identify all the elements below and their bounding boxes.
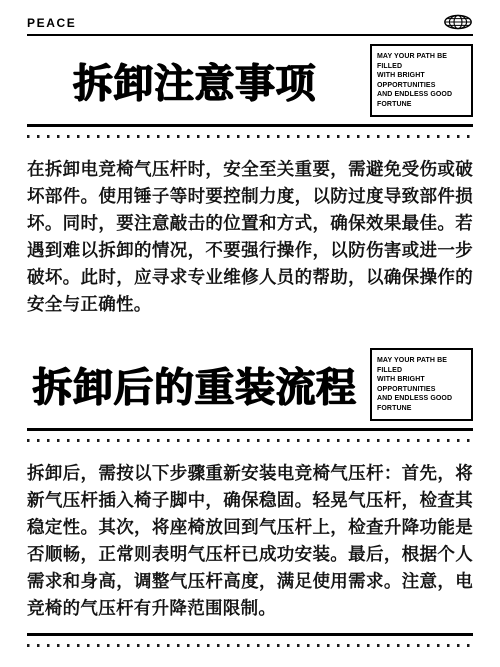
footer-dotted-divider — [27, 644, 473, 647]
section-2-title-row: 拆卸后的重装流程 MAY YOUR PATH BE FILLED WITH BR… — [27, 348, 473, 421]
motto-line: AND ENDLESS GOOD FORTUNE — [377, 90, 466, 109]
section-1-motto-box: MAY YOUR PATH BE FILLED WITH BRIGHT OPPO… — [370, 44, 473, 117]
motto-line: MAY YOUR PATH BE FILLED — [377, 356, 466, 375]
footer-divider-group — [27, 626, 473, 647]
motto-line: WITH BRIGHT OPPORTUNITIES — [377, 375, 466, 394]
section-2-title: 拆卸后的重装流程 — [27, 356, 362, 413]
motto-line: WITH BRIGHT OPPORTUNITIES — [377, 71, 466, 90]
page-header: PEACE — [27, 14, 473, 36]
section-2-motto-box: MAY YOUR PATH BE FILLED WITH BRIGHT OPPO… — [370, 348, 473, 421]
section-2-paragraph: 拆卸后，需按以下步骤重新安装电竞椅气压杆：首先，将新气压杆插入椅子脚中，确保稳固… — [27, 460, 473, 622]
section-2-dotted-divider — [27, 439, 473, 442]
globe-icon — [443, 14, 473, 30]
section-1-dotted-divider — [27, 135, 473, 138]
footer-solid-divider — [27, 633, 473, 636]
motto-line: MAY YOUR PATH BE FILLED — [377, 52, 466, 71]
section-2-solid-divider — [27, 428, 473, 431]
section-1-title: 拆卸注意事项 — [27, 52, 362, 109]
poster-page: PEACE 拆卸注意事项 MAY YOUR PATH BE FILLED WIT… — [0, 0, 500, 667]
brand-text: PEACE — [27, 16, 76, 30]
section-1-title-row: 拆卸注意事项 MAY YOUR PATH BE FILLED WITH BRIG… — [27, 44, 473, 117]
section-1-solid-divider — [27, 124, 473, 127]
motto-line: AND ENDLESS GOOD FORTUNE — [377, 394, 466, 413]
section-1-paragraph: 在拆卸电竞椅气压杆时，安全至关重要，需避免受伤或破坏部件。使用锤子等时要控制力度… — [27, 156, 473, 318]
